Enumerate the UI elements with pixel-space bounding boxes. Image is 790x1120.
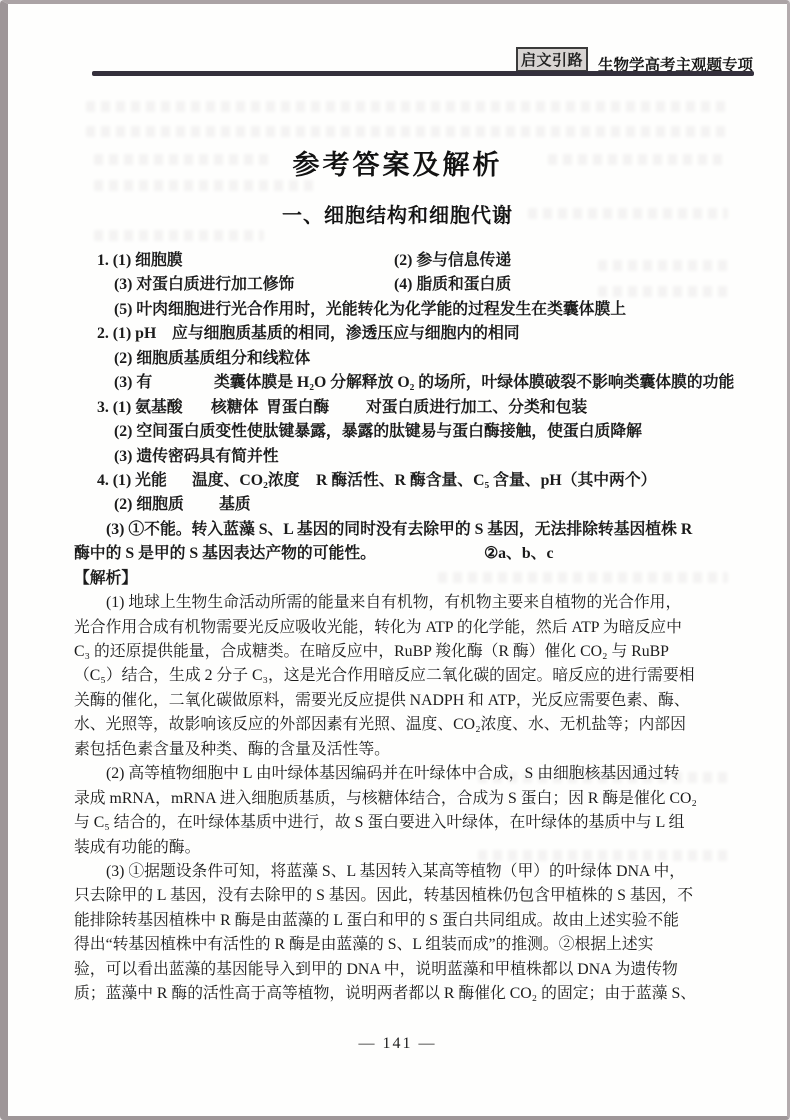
text-segment: 核糖体 [211, 394, 258, 417]
text-line: 录成 mRNA，mRNA 进入细胞质基质，与核糖体结合，合成为 S 蛋白；因 R… [74, 785, 734, 809]
text-line: (3) 遗传密码具有简并性 [74, 443, 734, 467]
text-segment: 验，可以看出蓝藻的基因能导入到甲的 DNA 中，说明蓝藻和甲植株都以 DNA 为… [74, 956, 678, 979]
text-segment: 只去除甲的 L 基因，没有去除甲的 S 基因。因此，转基因植株仍包含甲植株的 S… [74, 882, 693, 905]
text-segment: (3) ①不能。转入蓝藻 S、L 基因的同时没有去除甲的 S 基因，无法排除转基… [106, 516, 692, 539]
text-line: 能排除转基因植株中 R 酶是由蓝藻的 L 蛋白和甲的 S 蛋白共同组成。故由上述… [74, 907, 734, 931]
text-segment: R 酶活性、R 酶含量、C₅ 含量、pH（其中两个） [316, 467, 656, 490]
text-line: 水、光照等，故影响该反应的外部因素有光照、温度、CO₂浓度、水、无机盐等；内部因 [74, 711, 734, 735]
text-line: (2) 细胞质基质组分和线粒体 [74, 345, 734, 369]
text-segment: 录成 mRNA，mRNA 进入细胞质基质，与核糖体结合，合成为 S 蛋白；因 R… [74, 785, 697, 808]
text-segment: (3) 遗传密码具有简并性 [114, 443, 279, 466]
text-segment: 3. (1) 氨基酸 [97, 394, 183, 417]
text-line: C₃ 的还原提供能量，合成糖类。在暗反应中，RuBP 羧化酶（R 酶）催化 CO… [74, 638, 734, 662]
text-segment: (3) ①据题设条件可知，将蓝藻 S、L 基因转入某高等植物（甲）的叶绿体 DN… [106, 858, 685, 881]
text-segment: 关酶的催化，二氧化碳做原料，需要光反应提供 NADPH 和 ATP，光反应需要色… [74, 687, 690, 710]
brand-badge-label: 启文引路 [521, 49, 583, 70]
text-segment: 4. (1) 光能 [97, 467, 167, 490]
text-line: （C₅）结合，生成 2 分子 C₃，这是光合作用暗反应二氧化碳的固定。暗反应的进… [74, 662, 734, 686]
text-segment: 2. (1) pH 应与细胞质基质的相同，渗透压应与细胞内的相同 [97, 320, 520, 343]
text-segment: (2) 空间蛋白质变性使肽键暴露，暴露的肽键易与蛋白酶接触，使蛋白质降解 [114, 418, 642, 441]
text-segment: （C₅）结合，生成 2 分子 C₃，这是光合作用暗反应二氧化碳的固定。暗反应的进… [74, 662, 695, 685]
text-line: 只去除甲的 L 基因，没有去除甲的 S 基因。因此，转基因植株仍包含甲植株的 S… [74, 882, 734, 906]
text-segment: 类囊体膜是 H₂O 分解释放 O₂ 的场所，叶绿体膜破裂不影响类囊体膜的功能 [214, 369, 734, 392]
text-segment: (2) 细胞质基质组分和线粒体 [114, 345, 310, 368]
text-segment: 装成有功能的酶。 [74, 834, 200, 857]
text-segment: ②a、b、c [484, 540, 553, 563]
text-segment: 对蛋白质进行加工、分类和包装 [366, 394, 587, 417]
answer-analysis-text: 1. (1) 细胞膜(2) 参与信息传递(3) 对蛋白质进行加工修饰(4) 脂质… [74, 247, 734, 1005]
bleedthrough-mark [94, 230, 264, 241]
text-segment: (2) 高等植物细胞中 L 由叶绿体基因编码并在叶绿体中合成，S 由细胞核基因通… [106, 760, 679, 783]
text-line: (2) 空间蛋白质变性使肽键暴露，暴露的肽键易与蛋白酶接触，使蛋白质降解 [74, 418, 734, 442]
scanned-book-page: 启文引路 生物学高考主观题专项 参考答案及解析 一、细胞结构和细胞代谢 1. (… [0, 0, 790, 1120]
text-line: 素包括色素含量及种类、酶的含量及活性等。 [74, 736, 734, 760]
chapter-title: 一、细胞结构和细胞代谢 [8, 199, 787, 228]
text-line: 【解析】 [74, 565, 734, 589]
text-segment: 水、光照等，故影响该反应的外部因素有光照、温度、CO₂浓度、水、无机盐等；内部因 [74, 711, 686, 734]
text-segment: 温度、CO₂浓度 [192, 467, 299, 490]
brand-badge: 启文引路 [516, 47, 588, 72]
text-line: (2) 细胞质基质 [74, 491, 734, 515]
text-line: 得出“转基因植株中有活性的 R 酶是由蓝藻的 S、L 组装而成”的推测。②根据上… [74, 931, 734, 955]
text-segment: 胃蛋白酶 [266, 394, 329, 417]
text-line: (2) 高等植物细胞中 L 由叶绿体基因编码并在叶绿体中合成，S 由细胞核基因通… [74, 760, 734, 784]
text-segment: (2) 参与信息传递 [394, 247, 511, 270]
bleedthrough-mark [86, 126, 726, 137]
text-line: (1) 地球上生物生命活动所需的能量来自有机物，有机物主要来自植物的光合作用， [74, 589, 734, 613]
text-segment: 能排除转基因植株中 R 酶是由蓝藻的 L 蛋白和甲的 S 蛋白共同组成。故由上述… [74, 907, 679, 930]
text-line: 2. (1) pH 应与细胞质基质的相同，渗透压应与细胞内的相同 [74, 320, 734, 344]
text-segment: (1) 地球上生物生命活动所需的能量来自有机物，有机物主要来自植物的光合作用， [106, 589, 681, 612]
header-rule [92, 71, 754, 76]
text-line: 1. (1) 细胞膜(2) 参与信息传递 [74, 247, 734, 271]
text-line: (3) ①据题设条件可知，将蓝藻 S、L 基因转入某高等植物（甲）的叶绿体 DN… [74, 858, 734, 882]
text-segment: (4) 脂质和蛋白质 [394, 271, 511, 294]
text-segment: (3) 对蛋白质进行加工修饰 [114, 271, 294, 294]
text-segment: 素包括色素含量及种类、酶的含量及活性等。 [74, 736, 390, 759]
text-line: (3) 对蛋白质进行加工修饰(4) 脂质和蛋白质 [74, 271, 734, 295]
text-line: 3. (1) 氨基酸核糖体胃蛋白酶对蛋白质进行加工、分类和包装 [74, 394, 734, 418]
text-line: 与 C₅ 结合的，在叶绿体基质中进行，故 S 蛋白要进入叶绿体，在叶绿体的基质中… [74, 809, 734, 833]
text-line: 光合作用合成有机物需要光反应吸收光能，转化为 ATP 的化学能，然后 ATP 为… [74, 614, 734, 638]
text-segment: 1. (1) 细胞膜 [97, 247, 183, 270]
text-line: 验，可以看出蓝藻的基因能导入到甲的 DNA 中，说明蓝藻和甲植株都以 DNA 为… [74, 956, 734, 980]
text-line: 4. (1) 光能温度、CO₂浓度R 酶活性、R 酶含量、C₅ 含量、pH（其中… [74, 467, 734, 491]
text-line: 关酶的催化，二氧化碳做原料，需要光反应提供 NADPH 和 ATP，光反应需要色… [74, 687, 734, 711]
page-number: — 141 — [8, 1035, 787, 1053]
text-segment: 得出“转基因植株中有活性的 R 酶是由蓝藻的 S、L 组装而成”的推测。②根据上… [74, 931, 654, 954]
text-segment: (2) 细胞质 [114, 491, 184, 514]
text-line: 酶中的 S 是甲的 S 基因表达产物的可能性。②a、b、c [74, 540, 734, 564]
text-segment: C₃ 的还原提供能量，合成糖类。在暗反应中，RuBP 羧化酶（R 酶）催化 CO… [74, 638, 669, 661]
text-segment: 光合作用合成有机物需要光反应吸收光能，转化为 ATP 的化学能，然后 ATP 为… [74, 614, 682, 637]
text-segment: (5) 叶肉细胞进行光合作用时，光能转化为化学能的过程发生在类囊体膜上 [114, 296, 626, 319]
text-segment: (3) 有 [114, 369, 152, 392]
text-line: 装成有功能的酶。 [74, 834, 734, 858]
text-segment: 【解析】 [74, 565, 137, 588]
text-segment: 酶中的 S 是甲的 S 基因表达产物的可能性。 [74, 540, 376, 563]
text-line: (3) ①不能。转入蓝藻 S、L 基因的同时没有去除甲的 S 基因，无法排除转基… [74, 516, 734, 540]
text-segment: 质；蓝藻中 R 酶的活性高于高等植物，说明两者都以 R 酶催化 CO₂ 的固定；… [74, 980, 696, 1003]
text-segment: 基质 [219, 491, 251, 514]
text-line: 质；蓝藻中 R 酶的活性高于高等植物，说明两者都以 R 酶催化 CO₂ 的固定；… [74, 980, 734, 1004]
page-title: 参考答案及解析 [8, 143, 787, 182]
text-segment: 与 C₅ 结合的，在叶绿体基质中进行，故 S 蛋白要进入叶绿体，在叶绿体的基质中… [74, 809, 684, 832]
text-line: (3) 有类囊体膜是 H₂O 分解释放 O₂ 的场所，叶绿体膜破裂不影响类囊体膜… [74, 369, 734, 393]
bleedthrough-mark [86, 101, 726, 112]
text-line: (5) 叶肉细胞进行光合作用时，光能转化为化学能的过程发生在类囊体膜上 [74, 296, 734, 320]
